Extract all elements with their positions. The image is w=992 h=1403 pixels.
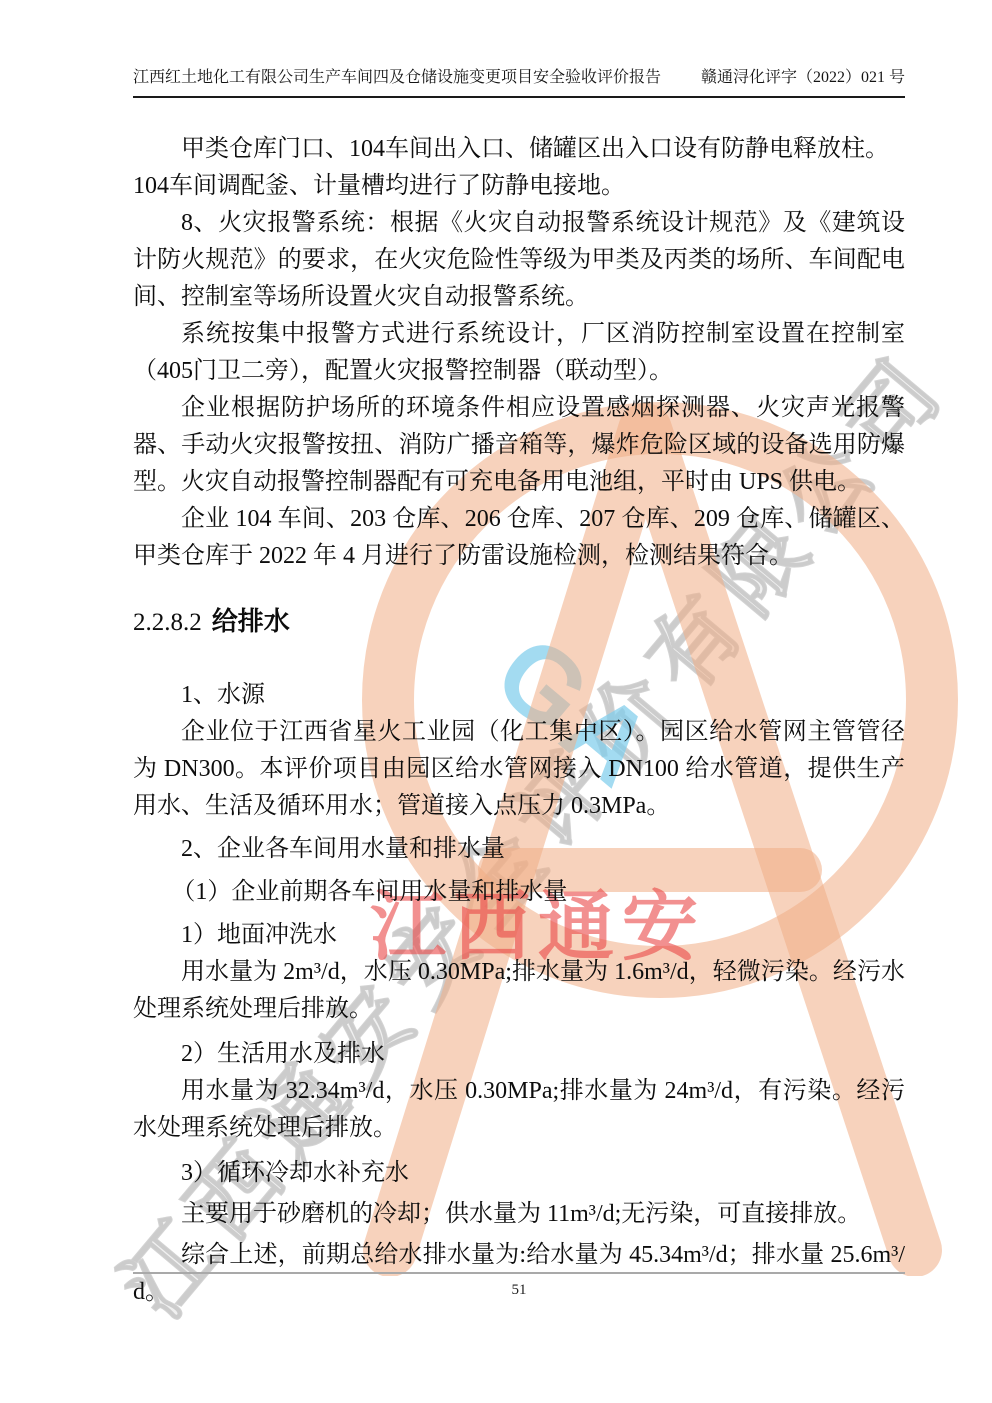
paragraph: 企业 104 车间、203 仓库、206 仓库、207 仓库、209 仓库、储罐… — [133, 501, 905, 575]
section-heading: 2.2.8.2给排水 — [133, 601, 905, 643]
paragraph: 综合上述，前期总给水排水量为:给水量为 45.34m³/d；排水量 25.6m³… — [133, 1237, 905, 1311]
paragraph: 甲类仓库门口、104车间出入口、储罐区出入口设有防静电释放柱。 — [133, 131, 905, 168]
footer-rule — [133, 1272, 905, 1274]
paragraph: 系统按集中报警方式进行系统设计，厂区消防控制室设置在控制室（405门卫二旁），配… — [133, 316, 905, 390]
document-body: 甲类仓库门口、104车间出入口、储罐区出入口设有防静电释放柱。104车间调配釜、… — [133, 131, 905, 1311]
paragraph: 企业根据防护场所的环境条件相应设置感烟探测器、火灾声光报警器、手动火灾报警按扭、… — [133, 390, 905, 501]
header-report-title: 江西红土地化工有限公司生产车间四及仓储设施变更项目安全验收评价报告 — [133, 66, 661, 90]
header-rule — [133, 96, 905, 98]
paragraph: 用水量为 32.34m³/d，水压 0.30MPa;排水量为 24m³/d，有污… — [133, 1073, 905, 1147]
paragraph: 主要用于砂磨机的冷却；供水量为 11m³/d;无污染，可直接排放。 — [133, 1196, 905, 1233]
paragraph: 2、企业各车间用水量和排水量 — [133, 831, 905, 868]
report-page: 江西通安安全评价有限公司 GA 江西通安 江西红土地化工有限公司生产车间四及仓储… — [0, 0, 992, 1403]
paragraph: 1、水源 — [133, 677, 905, 714]
paragraph: 1）地面冲洗水 — [133, 917, 905, 954]
paragraph: 8、火灾报警系统：根据《火灾自动报警系统设计规范》及《建筑设计防火规范》的要求，… — [133, 205, 905, 316]
page-number: 51 — [133, 1282, 905, 1299]
section-title: 给排水 — [212, 606, 290, 636]
paragraph: 3）循环冷却水补充水 — [133, 1155, 905, 1192]
paragraph: 企业位于江西省星火工业园（化工集中区）。园区给水管网主管管径为 DN300。本评… — [133, 714, 905, 825]
paragraph: （1）企业前期各车间用水量和排水量 — [133, 874, 905, 911]
paragraph: 104车间调配釜、计量槽均进行了防静电接地。 — [133, 168, 905, 205]
header-document-number: 赣通浔化评字（2022）021 号 — [701, 66, 905, 90]
paragraph: 2）生活用水及排水 — [133, 1036, 905, 1073]
section-number: 2.2.8.2 — [133, 609, 202, 636]
page-header: 江西红土地化工有限公司生产车间四及仓储设施变更项目安全验收评价报告 赣通浔化评字… — [133, 66, 905, 90]
paragraph: 用水量为 2m³/d，水压 0.30MPa;排水量为 1.6m³/d，轻微污染。… — [133, 954, 905, 1028]
